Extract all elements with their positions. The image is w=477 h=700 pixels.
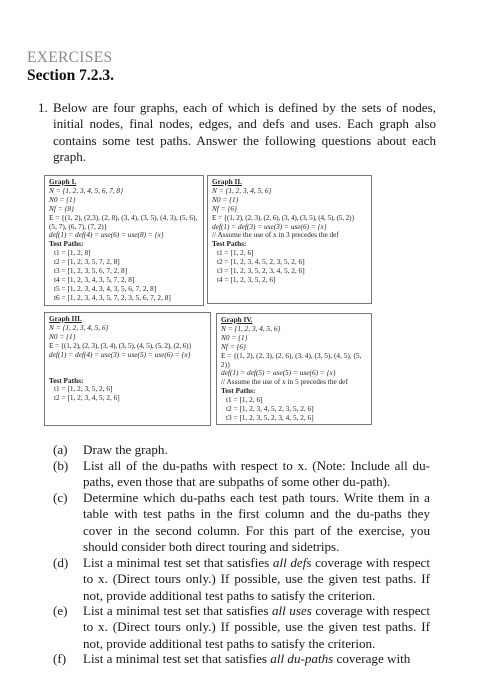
- emphasis: all defs: [273, 555, 312, 570]
- subquestion-text: Draw the graph.: [83, 442, 430, 458]
- subquestion-text: List a minimal test set that satisfies a…: [83, 603, 430, 652]
- question-text: Below are four graphs, each of which is …: [53, 100, 436, 165]
- spacer: [49, 360, 206, 377]
- edge-set: E = {(1, 2), (2, 3), (2, 6), (3, 4), (3,…: [221, 352, 367, 370]
- subquestion-label: (c): [53, 490, 68, 506]
- test-path: t6 = [1, 2, 3, 4, 3, 5, 7, 2, 3, 5, 6, 7…: [49, 294, 199, 303]
- graph-3-box: Graph III. N = {1, 2, 3, 4, 5, 6} N0 = {…: [44, 312, 211, 426]
- def-use: def(1) = def(4) = use(3) = use(5) = use(…: [49, 351, 206, 360]
- subquestion-c: (c) Determine which du-paths each test p…: [53, 490, 430, 555]
- chapter-label: EXERCISES: [27, 49, 112, 67]
- subquestion-d: (d) List a minimal test set that satisfi…: [53, 555, 430, 604]
- test-path: t4 = [1, 2, 3, 5, 2, 6]: [212, 276, 367, 285]
- subquestion-e: (e) List a minimal test set that satisfi…: [53, 603, 430, 652]
- text-run: coverage with: [333, 651, 410, 666]
- text-run: List a minimal test set that satisfies: [83, 651, 270, 666]
- question-number: 1.: [38, 100, 48, 116]
- test-path: t3 = [1, 2, 3, 5, 2, 3, 4, 5, 2, 6]: [221, 414, 367, 423]
- subquestion-label: (a): [53, 442, 68, 458]
- text-run: Determine which du-paths each test path …: [83, 490, 430, 554]
- emphasis: all uses: [272, 603, 312, 618]
- subquestion-a: (a) Draw the graph.: [53, 442, 430, 458]
- subquestion-label: (e): [53, 603, 68, 619]
- subquestion-text: Determine which du-paths each test path …: [83, 490, 430, 555]
- test-path: t2 = [1, 2, 3, 4, 5, 2, 6]: [49, 394, 206, 403]
- graph-1-box: Graph I. N = {1, 2, 3, 4, 5, 6, 7, 8} N0…: [44, 175, 204, 306]
- text-run: Draw the graph.: [83, 442, 168, 457]
- subquestion-text: List a minimal test set that satisfies a…: [83, 651, 430, 667]
- text-run: List a minimal test set that satisfies: [83, 555, 273, 570]
- text-run: List a minimal test set that satisfies: [83, 603, 272, 618]
- question-1: 1. Below are four graphs, each of which …: [38, 100, 436, 165]
- subquestion-label: (f): [53, 651, 66, 667]
- subquestion-text: List all of the du-paths with respect to…: [83, 458, 430, 491]
- section-title: Section 7.2.3.: [27, 67, 114, 85]
- emphasis: all du-paths: [270, 651, 333, 666]
- subquestion-label: (b): [53, 458, 68, 474]
- edge-set: E = {(1, 2), (2,3), (2, 8), (3, 4), (3, …: [49, 214, 199, 232]
- subquestion-label: (d): [53, 555, 68, 571]
- graph-2-box: Graph II. N = {1, 2, 3, 4, 5, 6} N0 = {1…: [207, 175, 372, 304]
- subquestion-text: List a minimal test set that satisfies a…: [83, 555, 430, 604]
- graph-4-box: Graph IV. N = {1, 2, 3, 4, 5, 6} N0 = {1…: [216, 313, 372, 425]
- subquestion-b: (b) List all of the du-paths with respec…: [53, 458, 430, 491]
- subquestion-f: (f) List a minimal test set that satisfi…: [53, 651, 430, 667]
- text-run: List all of the du-paths with respect to…: [83, 458, 430, 489]
